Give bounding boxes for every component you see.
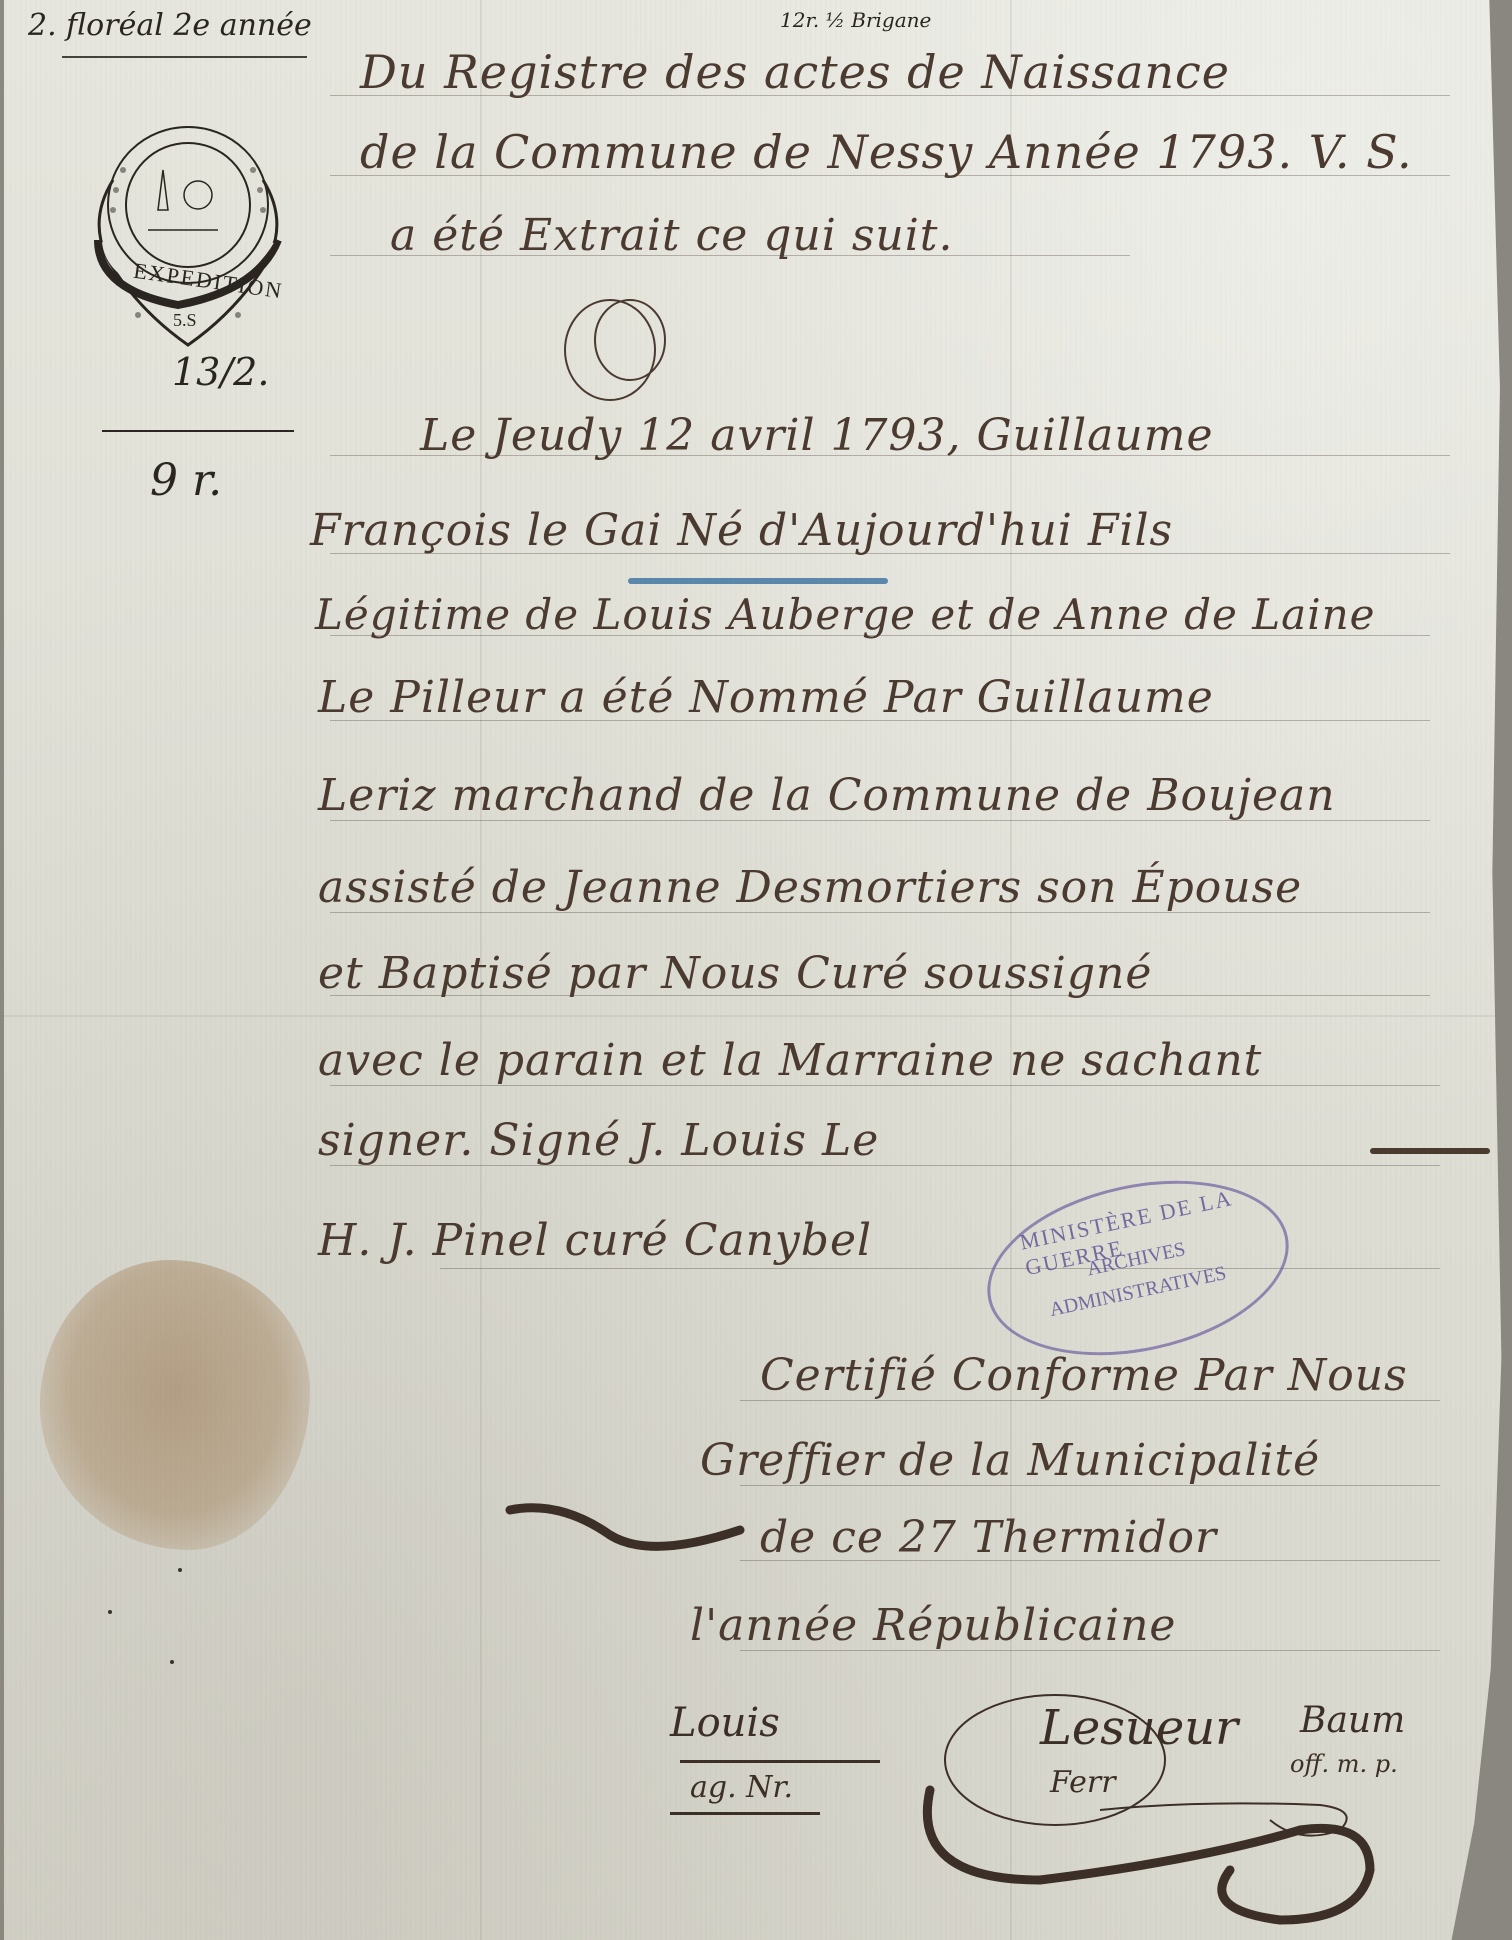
margin-number-top: 13/2. (172, 350, 269, 394)
margin-date-note: 2. floréal 2e année (28, 8, 312, 43)
body-line-5: Leriz marchand de la Commune de Boujean (318, 770, 1336, 821)
cert-line-1: Certifié Conforme Par Nous (760, 1350, 1408, 1401)
signature-underline (680, 1760, 880, 1763)
signature-left: Louis (670, 1700, 780, 1746)
body-line-1: Le Jeudy 12 avril 1793, Guillaume (420, 410, 1213, 461)
underline (62, 56, 307, 58)
header-line-2: de la Commune de Nessy Année 1793. V. S. (360, 125, 1413, 179)
signature-underline (670, 1812, 820, 1815)
signature-left-sub: ag. Nr. (690, 1770, 793, 1805)
ink-stroke (1370, 1148, 1490, 1154)
expedition-seal: EXPEDITION 5.S (68, 110, 308, 350)
header-line-3: a été Extrait ce qui suit. (390, 210, 953, 261)
body-line-7: et Baptisé par Nous Curé soussigné (318, 948, 1152, 999)
fold-line (0, 1015, 1512, 1017)
margin-number-bottom: 9 r. (150, 455, 222, 506)
body-line-3: Légitime de Louis Auberge et de Anne de … (315, 590, 1376, 639)
blue-underline-mark (628, 578, 888, 584)
margin-price-note: 12r. ½ Brigane (780, 8, 931, 32)
body-line-8: avec le parain et la Marraine ne sachant (318, 1035, 1262, 1086)
archive-stamp: MINISTÈRE DE LA GUERRE ARCHIVES ADMINIST… (971, 1155, 1305, 1381)
document-sheet: 2. floréal 2e année 12r. ½ Brigane EXPED… (0, 0, 1512, 1940)
fraction-bar (102, 430, 294, 432)
pinhole (170, 1660, 174, 1664)
body-line-4: Le Pilleur a été Nommé Par Guillaume (318, 672, 1214, 723)
paper-edge (0, 0, 4, 1940)
body-line-2: François le Gai Né d'Aujourd'hui Fils (310, 505, 1173, 556)
cert-line-3: de ce 27 Thermidor (760, 1512, 1217, 1563)
header-line-1: Du Registre des actes de Naissance (360, 45, 1230, 99)
cert-line-4: l'année Républicaine (690, 1600, 1176, 1651)
ruled-line (440, 1268, 1440, 1269)
flourish-stroke (500, 1490, 760, 1570)
body-line-9: signer. Signé J. Louis Le (318, 1115, 879, 1166)
pinhole (108, 1610, 112, 1614)
wax-seal-stain (40, 1260, 310, 1550)
pinhole (178, 1568, 182, 1572)
body-line-10: H. J. Pinel curé Canybel (318, 1215, 872, 1266)
cert-line-2: Greffier de la Municipalité (700, 1435, 1320, 1486)
body-line-6: assisté de Jeanne Desmortiers son Épouse (318, 862, 1302, 913)
seal-value: 5.S (173, 310, 197, 331)
paraph-flourish (900, 1680, 1420, 1930)
